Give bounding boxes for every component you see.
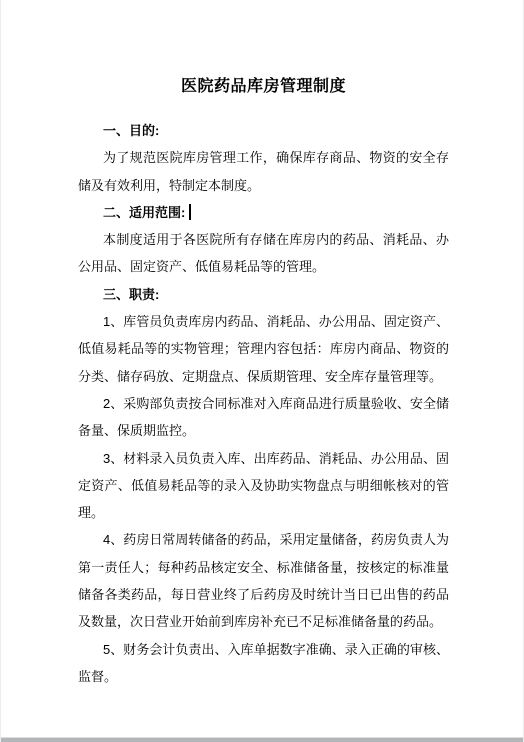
paragraph-text: 3、材料录入员负责入库、出库药品、消耗品、办公用品、固定资产、低值易耗品等的录入… bbox=[78, 451, 449, 521]
paragraph[interactable]: 本制度适用于各医院所有存储在库房内的药品、消耗品、办公用品、固定资产、低值易耗品… bbox=[78, 226, 449, 281]
document-title: 医院药品库房管理制度 bbox=[78, 73, 449, 100]
paragraph[interactable]: 为了规范医院库房管理工作，确保库存商品、物资的安全存储及有效利用，特制定本制度。 bbox=[78, 144, 449, 199]
section-heading[interactable]: 一、目的: bbox=[78, 117, 449, 144]
section-heading-text: 一、目的: bbox=[103, 123, 159, 138]
page-bottom-edge bbox=[1, 737, 523, 742]
paragraph-text: 本制度适用于各医院所有存储在库房内的药品、消耗品、办公用品、固定资产、低值易耗品… bbox=[78, 232, 449, 274]
paragraph[interactable]: 4、药房日常周转储备的药品，采用定量储备，药房负责人为第一责任人；每种药品核定安… bbox=[78, 526, 449, 635]
document-body[interactable]: 一、目的:为了规范医院库房管理工作，确保库存商品、物资的安全存储及有效利用，特制… bbox=[78, 117, 449, 690]
paragraph-text: 4、药房日常周转储备的药品，采用定量储备，药房负责人为第一责任人；每种药品核定安… bbox=[78, 532, 449, 629]
section-heading-text: 三、职责: bbox=[103, 287, 159, 302]
paragraph-text: 2、采购部负责按合同标准对入库商品进行质量验收、安全储备量、保质期监控。 bbox=[78, 396, 449, 438]
section-heading-text: 二、适用范围: bbox=[103, 205, 185, 220]
text-cursor bbox=[189, 204, 191, 220]
paragraph[interactable]: 2、采购部负责按合同标准对入库商品进行质量验收、安全储备量、保质期监控。 bbox=[78, 390, 449, 445]
paragraph[interactable]: 5、财务会计负责出、入库单据数字准确、录入正确的审核、监督。 bbox=[78, 636, 449, 691]
section-heading[interactable]: 二、适用范围: bbox=[78, 199, 449, 226]
paragraph-text: 5、财务会计负责出、入库单据数字准确、录入正确的审核、监督。 bbox=[78, 642, 449, 684]
paragraph-text: 1、库管员负责库房内药品、消耗品、办公用品、固定资产、低值易耗品等的实物管理；管… bbox=[78, 314, 449, 384]
paragraph[interactable]: 3、材料录入员负责入库、出库药品、消耗品、办公用品、固定资产、低值易耗品等的录入… bbox=[78, 445, 449, 527]
paragraph[interactable]: 1、库管员负责库房内药品、消耗品、办公用品、固定资产、低值易耗品等的实物管理；管… bbox=[78, 308, 449, 390]
paragraph-text: 为了规范医院库房管理工作，确保库存商品、物资的安全存储及有效利用，特制定本制度。 bbox=[78, 150, 449, 192]
document-page: 医院药品库房管理制度 一、目的:为了规范医院库房管理工作，确保库存商品、物资的安… bbox=[0, 0, 524, 742]
section-heading[interactable]: 三、职责: bbox=[78, 281, 449, 308]
